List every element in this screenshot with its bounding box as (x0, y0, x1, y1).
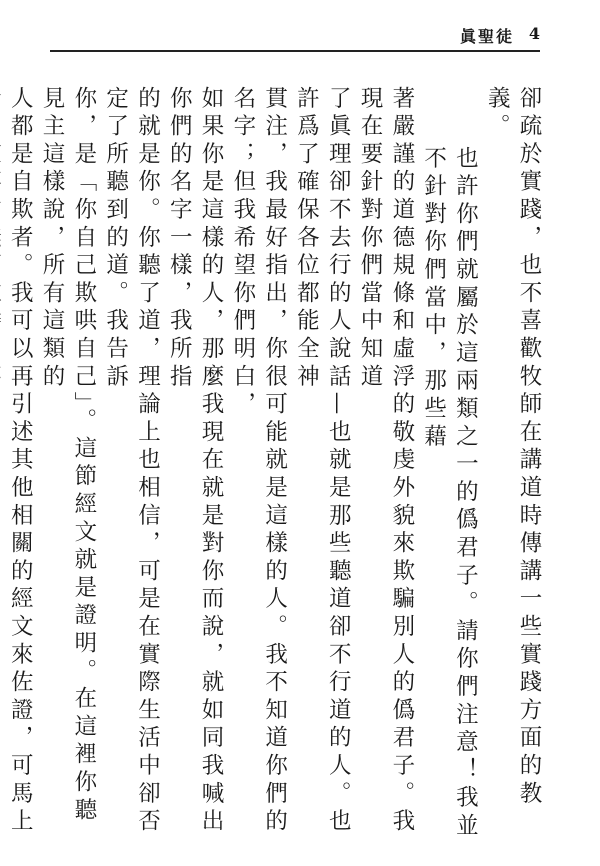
text-column: 人都是自欺者。我可以再引述其他相關的經文來佐證，可馬上看出這事的無可推諉。不 (0, 86, 35, 846)
text-column: 貫注，我最好指出，你很可能就是這樣的人。我不知道你們的名字；但我希望你們明白， (226, 86, 290, 846)
header-title: 眞聖徒 (460, 24, 514, 47)
running-header: 眞聖徒 4 (50, 14, 540, 52)
text-column: 卻疏於實踐，也不喜歡牧師在講道時傳講一些實踐方面的教義。 (480, 86, 544, 846)
text-column: 了眞理卻不去行的人說話—也就是那些聽道卻不行道的人。也許爲了確保各位都能全神 (290, 86, 354, 846)
text-column: 你，是「你自己欺哄自己」。這節經文就是證明。在這裡你聽見主這樣說，所有這類的 (35, 86, 99, 846)
page-number: 4 (529, 24, 540, 43)
body-text: 卻疏於實踐，也不喜歡牧師在講道時傳講一些實踐方面的教義。 也許你們就屬於這兩類之… (38, 86, 544, 846)
text-column: 的就是你。你聽了道，理論上也相信，可是在實際生活中卻否定了所聽到的道。我告訴 (99, 86, 163, 846)
text-column: 著嚴謹的道德規條和虛浮的敬虔外貌來欺騙別人的僞君子。我現在要針對你們當中知道 (353, 86, 417, 846)
text-column: 如果你是這樣的人，那麼我現在就是對你而說，就如同我喊出你們的名字一樣，我所指 (162, 86, 226, 846)
text-column: 也許你們就屬於這兩類之一的僞君子。請你們注意！我並不針對你們當中，那些藉 (417, 86, 481, 846)
